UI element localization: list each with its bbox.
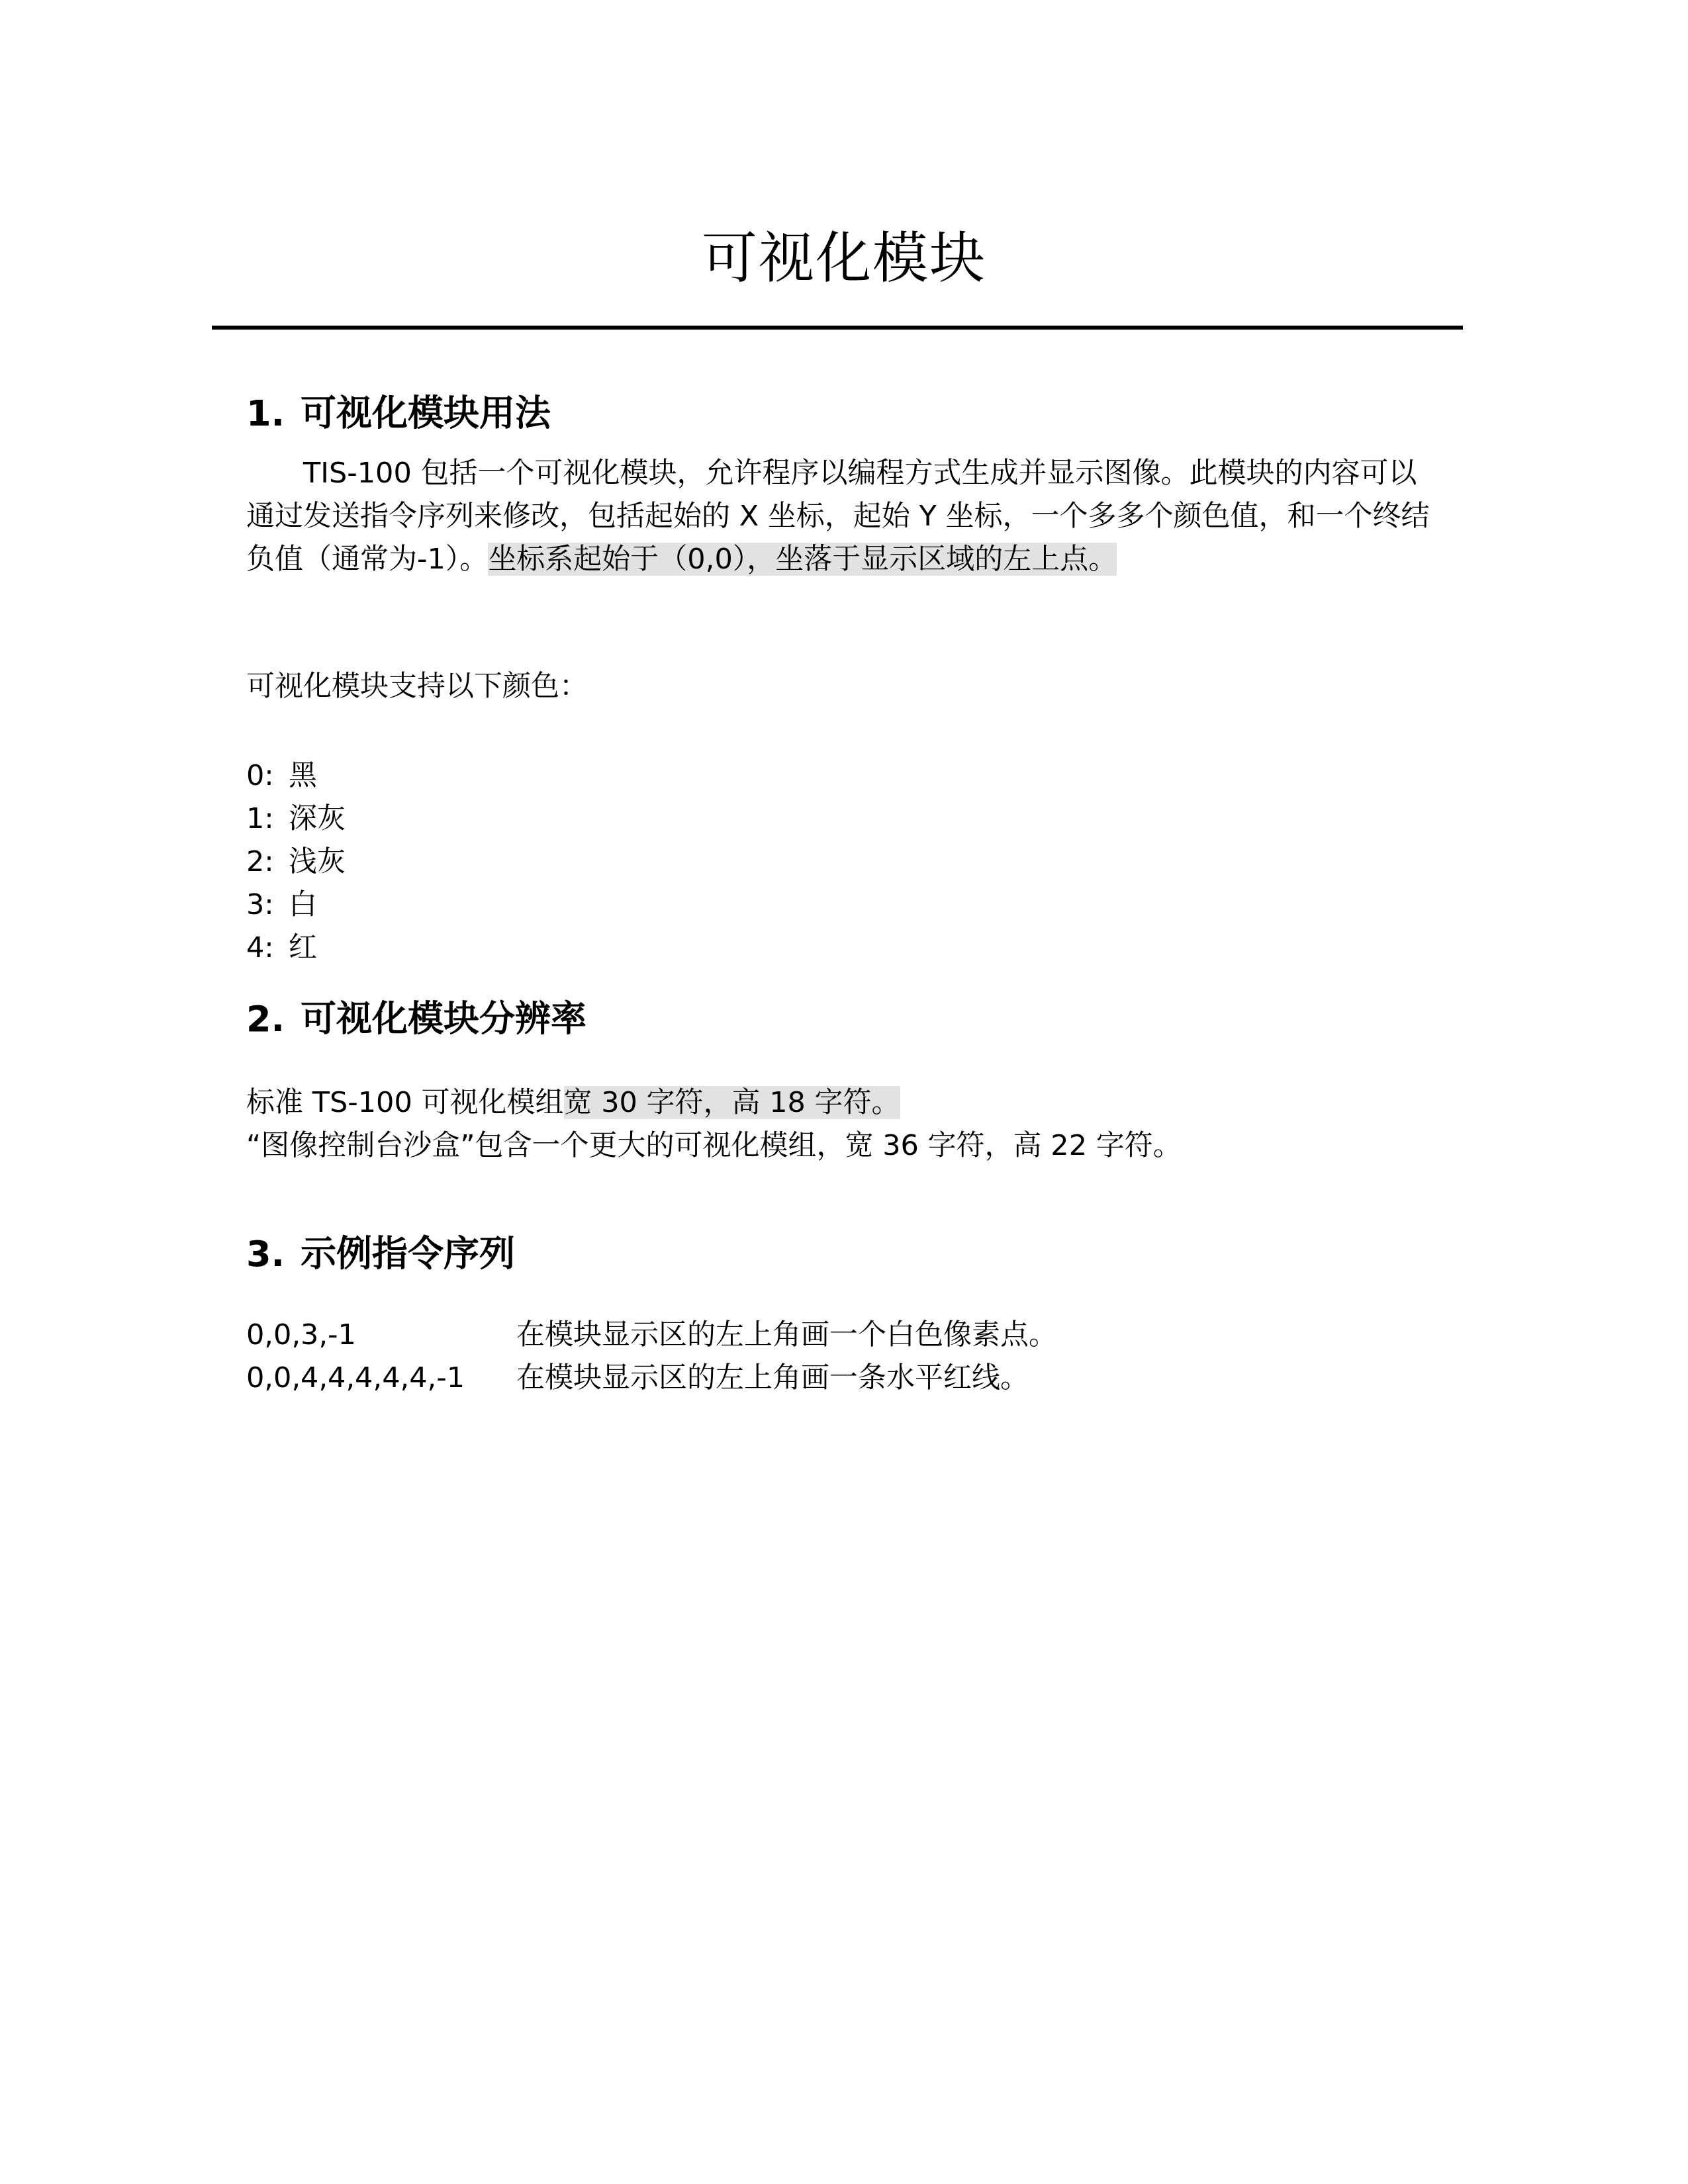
resolution-standard: 标准 TS-100 可视化模组宽 30 字符，高 18 字符。: [246, 1081, 1438, 1124]
example-description: 在模块显示区的左上角画一个白色像素点。: [516, 1314, 1057, 1357]
example-description: 在模块显示区的左上角画一条水平红线。: [516, 1357, 1029, 1400]
section-number: 1.: [246, 387, 301, 440]
page-title: 可视化模块: [0, 218, 1688, 298]
section-heading-examples: 3.示例指令序列: [246, 1228, 515, 1281]
resolution-sandbox: “图像控制台沙盒”包含一个更大的可视化模组，宽 36 字符，高 22 字符。: [246, 1124, 1438, 1167]
color-item: 2:浅灰: [246, 841, 346, 884]
highlighted-text: 坐标系起始于（0,0），坐落于显示区域的左上点。: [488, 543, 1117, 576]
color-name: 黑: [289, 759, 317, 792]
color-index: 0:: [246, 754, 289, 797]
example-list: 0,0,3,-1 在模块显示区的左上角画一个白色像素点。 0,0,4,4,4,4…: [246, 1314, 1057, 1400]
color-index: 3:: [246, 884, 289, 927]
section-heading-usage: 1.可视化模块用法: [246, 387, 551, 440]
color-index: 2:: [246, 841, 289, 884]
section-number: 2.: [246, 993, 301, 1046]
color-item: 4:红: [246, 927, 346, 970]
color-name: 红: [289, 931, 317, 964]
section-title: 示例指令序列: [301, 1233, 515, 1275]
color-index: 4:: [246, 927, 289, 970]
resolution-standard-text: 标准 TS-100 可视化模组: [246, 1086, 564, 1119]
section-heading-resolution: 2.可视化模块分辨率: [246, 993, 586, 1046]
color-item: 0:黑: [246, 754, 346, 797]
example-row: 0,0,3,-1 在模块显示区的左上角画一个白色像素点。: [246, 1314, 1057, 1357]
color-name: 浅灰: [289, 845, 346, 878]
example-row: 0,0,4,4,4,4,4,-1 在模块显示区的左上角画一条水平红线。: [246, 1357, 1057, 1400]
example-code: 0,0,4,4,4,4,4,-1: [246, 1357, 516, 1400]
color-index: 1:: [246, 797, 289, 841]
section-number: 3.: [246, 1228, 301, 1281]
usage-paragraph: TIS-100 包括一个可视化模块，允许程序以编程方式生成并显示图像。此模块的内…: [246, 452, 1438, 581]
color-name: 白: [289, 888, 317, 921]
colors-intro: 可视化模块支持以下颜色：: [246, 665, 1438, 708]
example-code: 0,0,3,-1: [246, 1314, 516, 1357]
section-title: 可视化模块用法: [301, 392, 551, 434]
section-title: 可视化模块分辨率: [301, 998, 586, 1040]
color-list: 0:黑 1:深灰 2:浅灰 3:白 4:红: [246, 754, 346, 970]
color-name: 深灰: [289, 802, 346, 835]
color-item: 1:深灰: [246, 797, 346, 841]
highlighted-text: 宽 30 字符，高 18 字符。: [564, 1086, 900, 1119]
title-divider: [212, 326, 1463, 330]
color-item: 3:白: [246, 884, 346, 927]
